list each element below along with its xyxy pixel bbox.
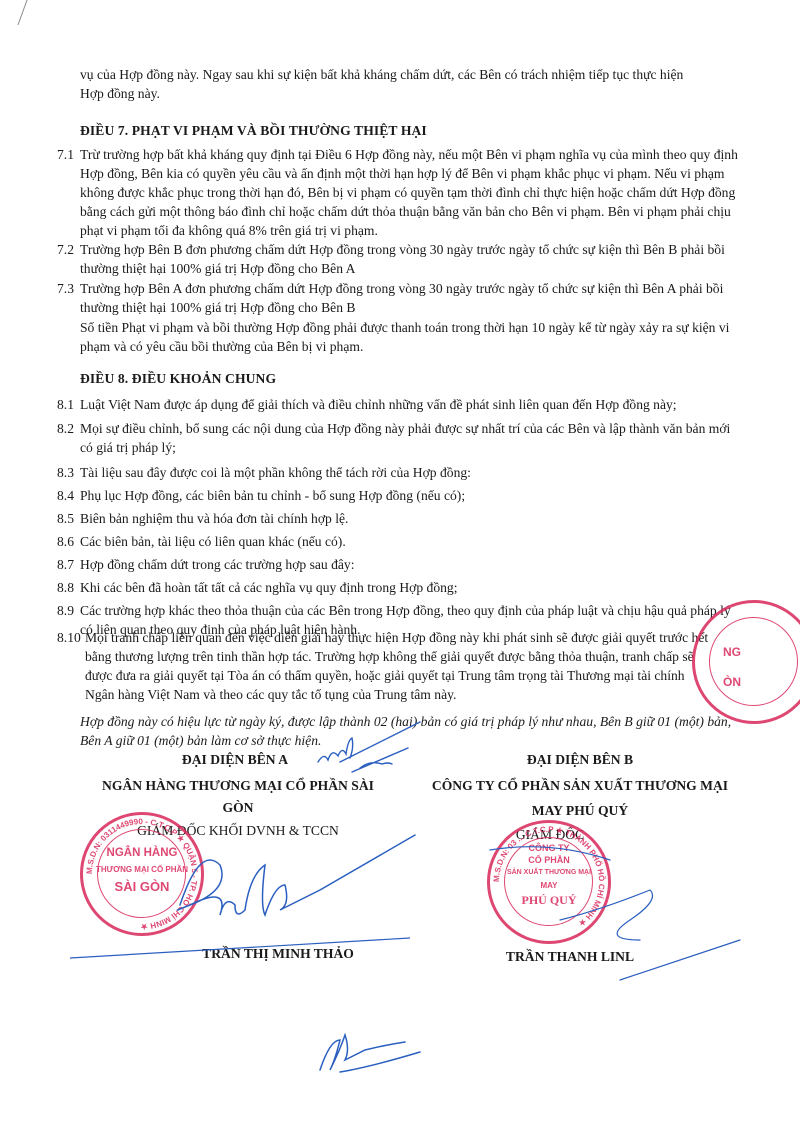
clause-text: Khi các bên đã hoàn tất tất cả các nghĩa… <box>80 578 745 597</box>
clause-number: 8.8 <box>57 578 74 597</box>
clause-number: 8.3 <box>57 463 74 482</box>
clause-7-1: 7.1 Trừ trường hợp bất khả kháng quy địn… <box>57 145 745 240</box>
party-b-signature <box>470 840 750 990</box>
initial-signature-mark <box>300 720 430 780</box>
clause-number: 8.4 <box>57 486 74 505</box>
clause-number: 8.2 <box>57 419 74 438</box>
clause-text: Tài liệu sau đây được coi là một phần kh… <box>80 463 745 482</box>
clause-text: Mọi sự điều chỉnh, bổ sung các nội dung … <box>80 419 745 457</box>
clause-text: Luật Việt Nam được áp dụng để giải thích… <box>80 395 745 414</box>
clause-number: 7.2 <box>57 240 74 259</box>
clause-number: 8.9 <box>57 601 74 620</box>
clause-8-5: 8.5 Biên bản nghiệm thu và hóa đơn tài c… <box>57 509 745 528</box>
clause-number: 8.5 <box>57 509 74 528</box>
clause-8-3: 8.3 Tài liệu sau đây được coi là một phầ… <box>57 463 745 482</box>
party-b-company-line-1: CÔNG TY CỔ PHẦN SẢN XUẤT THƯƠNG MẠI <box>395 778 765 794</box>
clause-8-1: 8.1 Luật Việt Nam được áp dụng để giải t… <box>57 395 745 414</box>
clause-number: 7.3 <box>57 279 74 298</box>
clause-7-3: 7.3 Trường hợp Bên A đơn phương chấm dứt… <box>57 279 745 317</box>
article-7-note: Số tiền Phạt vi phạm và bồi thường Hợp đ… <box>57 318 745 356</box>
partial-edge-stamp: NG ÒN <box>692 600 800 724</box>
page-initial-signature <box>320 1030 430 1080</box>
clause-text: Trường hợp Bên A đơn phương chấm dứt Hợp… <box>80 279 745 317</box>
clause-8-10: 8.10 Mọi tranh chấp liên quan đến việc d… <box>57 628 712 704</box>
party-a-company-line-2: GÒN <box>68 800 408 816</box>
article-7-title: ĐIỀU 7. PHẠT VI PHẠM VÀ BỒI THƯỜNG THIỆT… <box>80 123 427 139</box>
intro-line-1: vụ của Hợp đồng này. Ngay sau khi sự kiệ… <box>80 65 770 84</box>
clause-number: 8.6 <box>57 532 74 551</box>
partial-stamp-text-2: ÒN <box>673 675 791 689</box>
clause-8-8: 8.8 Khi các bên đã hoàn tất tất cả các n… <box>57 578 745 597</box>
clause-text: Mọi tranh chấp liên quan đến việc diễn g… <box>85 628 712 704</box>
scan-edge-mark <box>17 0 27 25</box>
clause-7-2: 7.2 Trường hợp Bên B đơn phương chấm dứt… <box>57 240 745 278</box>
clause-number: 8.10 <box>57 628 81 647</box>
article-8-title: ĐIỀU 8. ĐIỀU KHOẢN CHUNG <box>80 371 276 387</box>
note-text: Số tiền Phạt vi phạm và bồi thường Hợp đ… <box>80 318 745 356</box>
clause-8-2: 8.2 Mọi sự điều chỉnh, bổ sung các nội d… <box>57 419 745 457</box>
clause-8-6: 8.6 Các biên bản, tài liệu có liên quan … <box>57 532 745 551</box>
party-a-company-line-1: NGÂN HÀNG THƯƠNG MẠI CỔ PHẦN SÀI <box>68 778 408 794</box>
clause-8-7: 8.7 Hợp đồng chấm dứt trong các trường h… <box>57 555 745 574</box>
partial-stamp-text-1: NG <box>673 645 791 659</box>
clause-8-4: 8.4 Phụ lục Hợp đồng, các biên bản tu ch… <box>57 486 745 505</box>
clause-number: 8.1 <box>57 395 74 414</box>
party-b-heading: ĐẠI DIỆN BÊN B <box>480 752 680 768</box>
clause-number: 7.1 <box>57 145 74 164</box>
clause-text: Trừ trường hợp bất khả kháng quy định tạ… <box>80 145 745 240</box>
party-b-company-line-2: MAY PHÚ QUÝ <box>480 803 680 819</box>
clause-text: Phụ lục Hợp đồng, các biên bản tu chỉnh … <box>80 486 745 505</box>
clause-number: 8.7 <box>57 555 74 574</box>
document-page: vụ của Hợp đồng này. Ngay sau khi sự kiệ… <box>0 0 800 1130</box>
clause-text: Biên bản nghiệm thu và hóa đơn tài chính… <box>80 509 745 528</box>
clause-text: Hợp đồng chấm dứt trong các trường hợp s… <box>80 555 745 574</box>
party-a-signature <box>160 830 420 960</box>
intro-line-2: Hợp đồng này. <box>80 84 770 103</box>
clause-text: Trường hợp Bên B đơn phương chấm dứt Hợp… <box>80 240 745 278</box>
clause-text: Các biên bản, tài liệu có liên quan khác… <box>80 532 745 551</box>
